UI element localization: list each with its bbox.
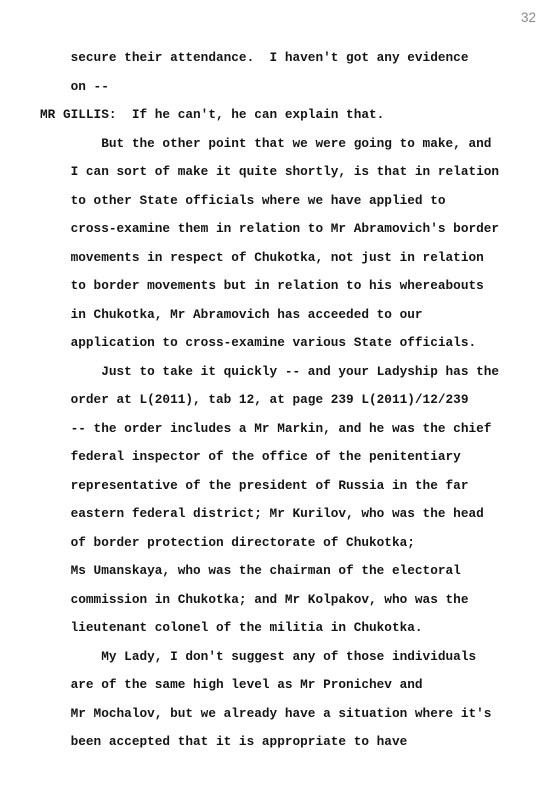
transcript-line: Ms Umanskaya, who was the chairman of th…: [40, 557, 550, 586]
transcript-line: are of the same high level as Mr Pronich…: [40, 671, 550, 700]
transcript-line: Mr Mochalov, but we already have a situa…: [40, 700, 550, 729]
transcript-line: commission in Chukotka; and Mr Kolpakov,…: [40, 586, 550, 615]
transcript: secure their attendance. I haven't got a…: [40, 44, 550, 757]
transcript-line: I can sort of make it quite shortly, is …: [40, 158, 550, 187]
transcript-page: 32 secure their attendance. I haven't go…: [0, 0, 558, 789]
transcript-line: in Chukotka, Mr Abramovich has acceeded …: [40, 301, 550, 330]
transcript-line: of border protection directorate of Chuk…: [40, 529, 550, 558]
transcript-line: to other State officials where we have a…: [40, 187, 550, 216]
page-number: 32: [521, 10, 536, 25]
transcript-line: application to cross-examine various Sta…: [40, 329, 550, 358]
transcript-line: -- the order includes a Mr Markin, and h…: [40, 415, 550, 444]
transcript-line: on --: [40, 73, 550, 102]
transcript-line: eastern federal district; Mr Kurilov, wh…: [40, 500, 550, 529]
transcript-line: My Lady, I don't suggest any of those in…: [40, 643, 550, 672]
transcript-line: lieutenant colonel of the militia in Chu…: [40, 614, 550, 643]
transcript-line: MR GILLIS: If he can't, he can explain t…: [40, 101, 550, 130]
transcript-line: representative of the president of Russi…: [40, 472, 550, 501]
transcript-line: movements in respect of Chukotka, not ju…: [40, 244, 550, 273]
transcript-line: been accepted that it is appropriate to …: [40, 728, 550, 757]
transcript-line: order at L(2011), tab 12, at page 239 L(…: [40, 386, 550, 415]
transcript-line: federal inspector of the office of the p…: [40, 443, 550, 472]
transcript-line: Just to take it quickly -- and your Lady…: [40, 358, 550, 387]
transcript-line: But the other point that we were going t…: [40, 130, 550, 159]
transcript-line: secure their attendance. I haven't got a…: [40, 44, 550, 73]
transcript-line: to border movements but in relation to h…: [40, 272, 550, 301]
transcript-line: cross-examine them in relation to Mr Abr…: [40, 215, 550, 244]
